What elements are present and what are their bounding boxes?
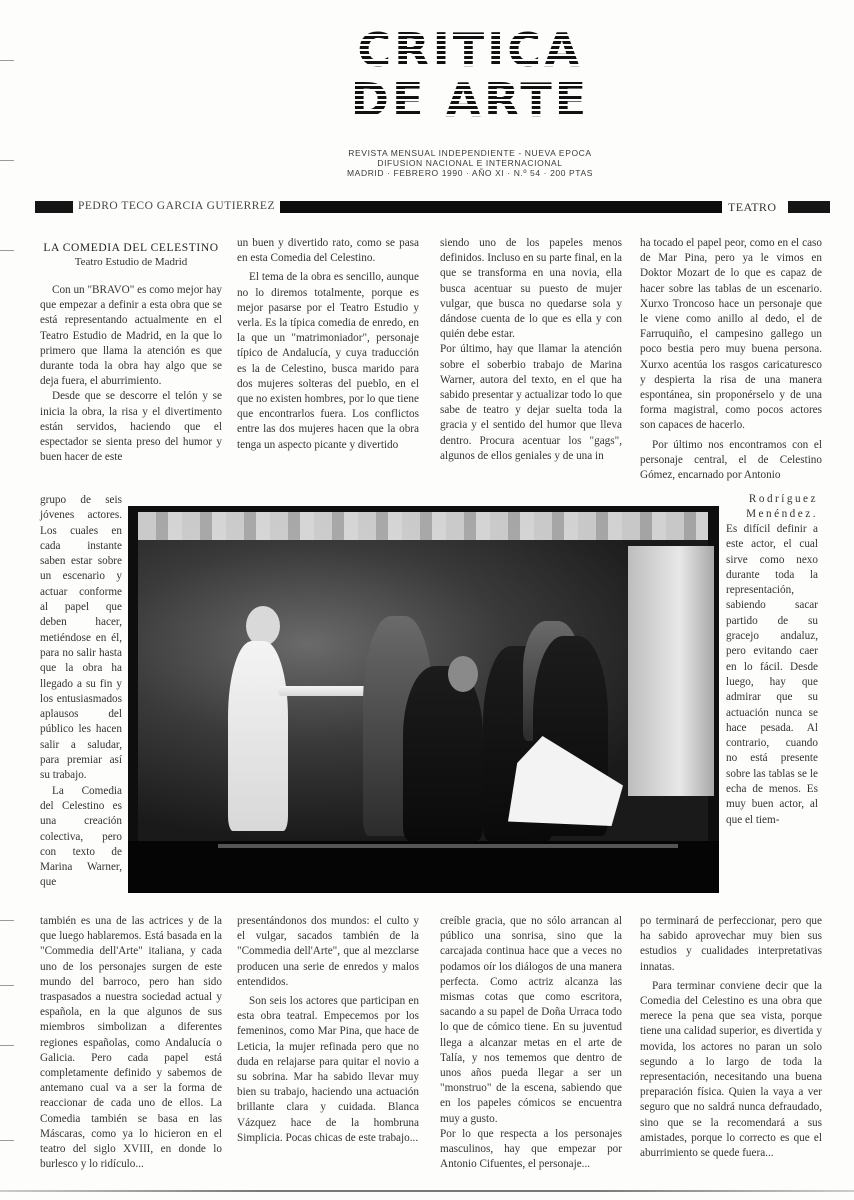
binding-mark xyxy=(0,1140,14,1141)
logo-title-line1: CRITICA xyxy=(330,26,610,74)
paragraph: La Comedia del Celestino es una creación… xyxy=(40,784,122,891)
paragraph: ha tocado el papel peor, como en el caso… xyxy=(640,236,822,434)
photo-stage-edge xyxy=(218,844,678,848)
magazine-page: CRITICA DE ARTE REVISTA MENSUAL INDEPEND… xyxy=(0,0,854,1200)
logo-title-line2: DE ARTE xyxy=(330,76,610,124)
band-bar xyxy=(280,201,722,213)
narrow-column-left: grupo de seis jóvenes actores. Los cuale… xyxy=(40,493,122,891)
actor-figure xyxy=(448,656,478,692)
article-venue: Teatro Estudio de Madrid xyxy=(40,255,222,269)
article-column-3-bottom: creíble gracia, que no sólo arrancan al … xyxy=(440,914,622,1172)
page-bottom-edge xyxy=(0,1190,854,1192)
paragraph: Es difícil definir a este actor, el cual… xyxy=(726,522,818,828)
article-column-3: siendo uno de los papeles menos definido… xyxy=(440,236,622,464)
stage-photograph xyxy=(128,506,719,893)
paragraph: también es una de las actrices y de la q… xyxy=(40,914,222,1172)
article-column-2-bottom: presentándonos dos mundos: el culto y el… xyxy=(237,914,419,1146)
masthead: CRITICA DE ARTE REVISTA MENSUAL INDEPEND… xyxy=(330,20,610,178)
paragraph: Son seis los actores que participan en e… xyxy=(237,994,419,1146)
actor-figure xyxy=(278,686,368,696)
band-block-right xyxy=(788,201,830,213)
paragraph: Con un "BRAVO" es como mejor hay que emp… xyxy=(40,283,222,389)
author-byline: PEDRO TECO GARCIA GUTIERREZ xyxy=(78,200,275,212)
band-block-left xyxy=(35,201,73,213)
masthead-subtitle: REVISTA MENSUAL INDEPENDIENTE - NUEVA EP… xyxy=(330,148,610,158)
photo-stage-floor xyxy=(128,841,719,893)
actor-name: Rodríguez Menéndez. xyxy=(740,492,818,522)
photo-set-panel xyxy=(628,546,714,796)
binding-mark xyxy=(0,1045,14,1046)
masthead-issue-info: MADRID · FEBRERO 1990 · AÑO XI · N.º 54 … xyxy=(330,168,610,178)
paragraph: creíble gracia, que no sólo arrancan al … xyxy=(440,914,622,1127)
article-column-4: ha tocado el papel peor, como en el caso… xyxy=(640,236,822,483)
article-column-1: LA COMEDIA DEL CELESTINO Teatro Estudio … xyxy=(40,242,222,465)
paragraph: grupo de seis jóvenes actores. Los cuale… xyxy=(40,493,122,784)
paragraph: Por último, hay que llamar la atención s… xyxy=(440,342,622,464)
paragraph: Para terminar conviene decir que la Come… xyxy=(640,979,822,1161)
paragraph: po terminará de perfeccionar, pero que h… xyxy=(640,914,822,975)
magazine-logo: CRITICA DE ARTE xyxy=(330,20,610,132)
photo-curtain xyxy=(138,512,708,540)
actor-figure xyxy=(246,606,280,646)
article-column-1-bottom: también es una de las actrices y de la q… xyxy=(40,914,222,1172)
paragraph: presentándonos dos mundos: el culto y el… xyxy=(237,914,419,990)
binding-mark xyxy=(0,920,14,921)
binding-mark xyxy=(0,60,14,61)
narrow-column-right: Es difícil definir a este actor, el cual… xyxy=(726,522,818,828)
article-column-4-bottom: po terminará de perfeccionar, pero que h… xyxy=(640,914,822,1161)
section-band: PEDRO TECO GARCIA GUTIERREZ TEATRO xyxy=(30,200,830,215)
section-label: TEATRO xyxy=(728,200,776,215)
actor-figure xyxy=(403,666,483,841)
paragraph: un buen y divertido rato, como se pasa e… xyxy=(237,236,419,266)
paragraph: Por último nos encontramos con el person… xyxy=(640,438,822,484)
article-column-2: un buen y divertido rato, como se pasa e… xyxy=(237,236,419,453)
paragraph: siendo uno de los papeles menos definido… xyxy=(440,236,622,342)
masthead-distribution: DIFUSION NACIONAL E INTERNACIONAL xyxy=(330,158,610,168)
binding-mark xyxy=(0,985,14,986)
actor-figure xyxy=(228,641,288,831)
paragraph: Por lo que respecta a los personajes mas… xyxy=(440,1127,622,1173)
paragraph: Desde que se descorre el telón y se inic… xyxy=(40,389,222,465)
paragraph: El tema de la obra es sencillo, aunque n… xyxy=(237,270,419,452)
article-headline: LA COMEDIA DEL CELESTINO xyxy=(40,242,222,255)
binding-mark xyxy=(0,160,14,161)
binding-mark xyxy=(0,250,14,251)
